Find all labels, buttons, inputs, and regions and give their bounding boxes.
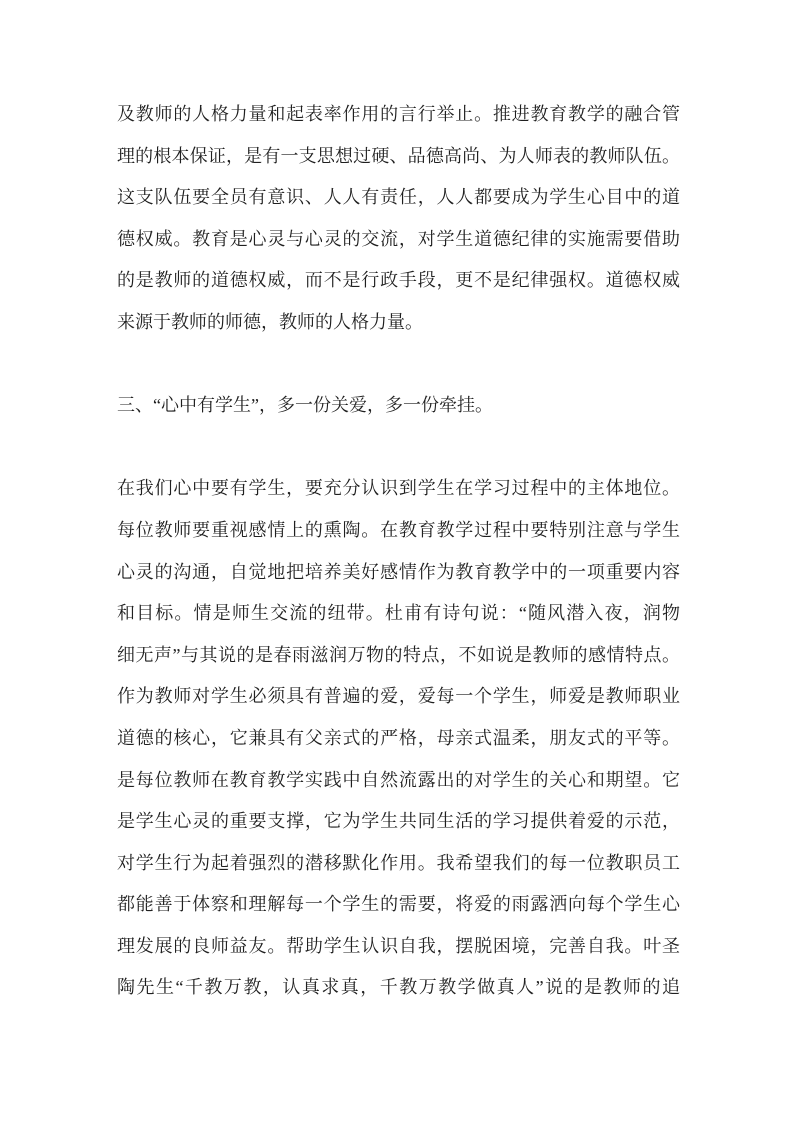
document-page: 及教师的人格力量和起表率作用的言行举止。推进教育教学的融合管理的根本保证，是有一… <box>0 0 793 1122</box>
text-line: 及教师的人格力量和起表率作用的言行举止。推进教育教学的融合管 <box>117 94 680 136</box>
text-line: 细无声”与其说的是春雨滋润万物的特点，不如说是教师的感情特点。 <box>117 635 680 677</box>
text-line: 和目标。情是师生交流的纽带。杜甫有诗句说：“随风潜入夜，润物 <box>117 593 680 635</box>
paragraph-teacher-moral-authority: 及教师的人格力量和起表率作用的言行举止。推进教育教学的融合管理的根本保证，是有一… <box>117 94 680 344</box>
text-line: 理发展的良师益友。帮助学生认识自我，摆脱困境，完善自我。叶圣 <box>117 926 680 968</box>
text-line: 是每位教师在教育教学实践中自然流露出的对学生的关心和期望。它 <box>117 760 680 802</box>
text-line: 的是教师的道德权威，而不是行政手段，更不是纪律强权。道德权威 <box>117 260 680 302</box>
text-line: 来源于教师的师德，教师的人格力量。 <box>117 302 680 344</box>
text-line: 陶先生“千教万教，认真求真，千教万教学做真人”说的是教师的追 <box>117 967 680 1009</box>
text-line: 道德的核心，它兼具有父亲式的严格，母亲式温柔，朋友式的平等。 <box>117 718 680 760</box>
text-line: 每位教师要重视感情上的熏陶。在教育教学过程中要特别注意与学生 <box>117 510 680 552</box>
text-column: 及教师的人格力量和起表率作用的言行举止。推进教育教学的融合管理的根本保证，是有一… <box>117 94 680 1009</box>
text-line: 是学生心灵的重要支撑，它为学生共同生活的学习提供着爱的示范， <box>117 801 680 843</box>
blank-line <box>117 427 680 469</box>
text-line: 德权威。教育是心灵与心灵的交流，对学生道德纪律的实施需要借助 <box>117 219 680 261</box>
text-line: 在我们心中要有学生，要充分认识到学生在学习过程中的主体地位。 <box>117 468 680 510</box>
text-line: 对学生行为起着强烈的潜移默化作用。我希望我们的每一位教职员工 <box>117 843 680 885</box>
text-line: 理的根本保证，是有一支思想过硬、品德高尚、为人师表的教师队伍。 <box>117 136 680 178</box>
text-line: 这支队伍要全员有意识、人人有责任，人人都要成为学生心目中的道 <box>117 177 680 219</box>
section-heading-three: 三、“心中有学生”，多一份关爱，多一份牵挂。 <box>117 385 680 427</box>
text-line: 心灵的沟通，自觉地把培养美好感情作为教育教学中的一项重要内容 <box>117 552 680 594</box>
paragraph-students-in-heart: 在我们心中要有学生，要充分认识到学生在学习过程中的主体地位。每位教师要重视感情上… <box>117 468 680 1009</box>
text-line: 作为教师对学生必须具有普遍的爱，爱每一个学生，师爱是教师职业 <box>117 676 680 718</box>
heading-line: 三、“心中有学生”，多一份关爱，多一份牵挂。 <box>117 385 680 427</box>
text-line: 都能善于体察和理解每一个学生的需要，将爱的雨露洒向每个学生心 <box>117 884 680 926</box>
blank-line <box>117 344 680 386</box>
